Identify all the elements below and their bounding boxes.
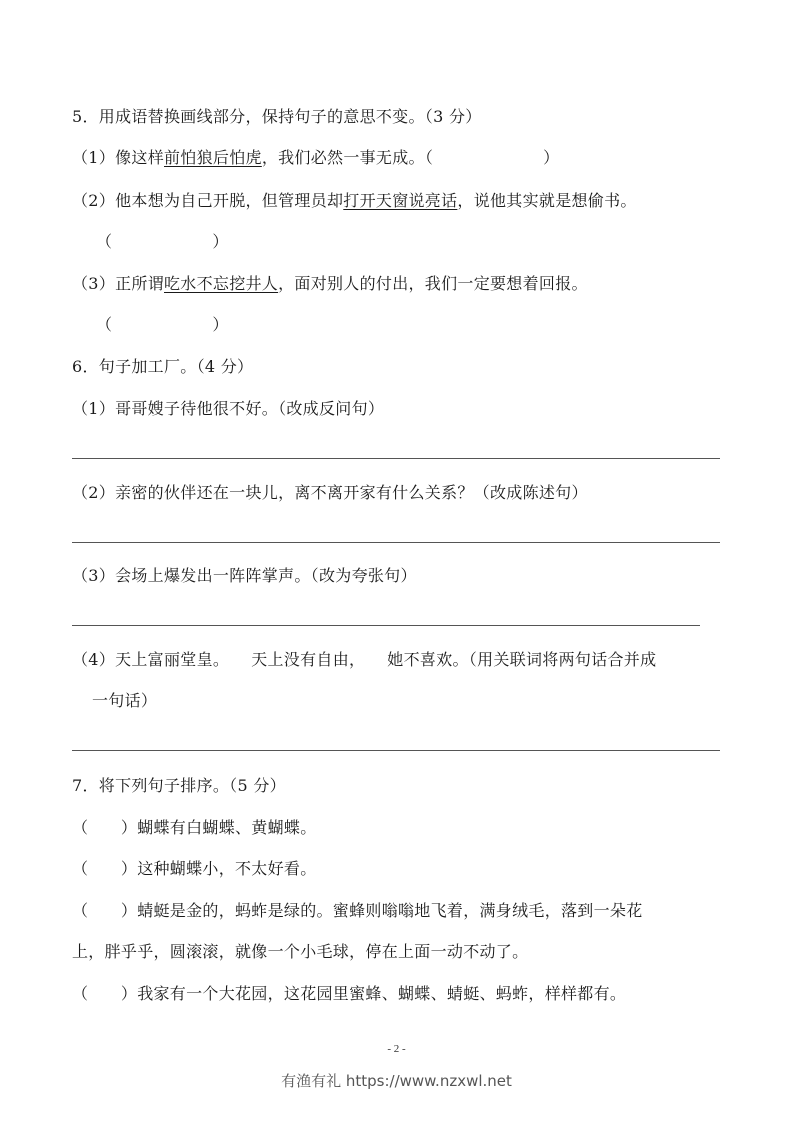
question-6-title: 6．句子加工厂。（4 分）	[72, 357, 253, 377]
item-text-before: 正所谓	[115, 274, 164, 293]
answer-line-1[interactable]	[72, 458, 720, 459]
item-number: （3）	[72, 274, 115, 293]
order-blank[interactable]: （ ）	[72, 859, 137, 878]
underlined-phrase: 打开天窗说亮话	[343, 191, 457, 210]
item-text-after: ，说他其实就是想偷书。	[457, 191, 636, 210]
question-6-item-3: （3）会场上爆发出一阵阵掌声。（改为夸张句）	[72, 566, 417, 586]
question-7-title: 7．将下列句子排序。（5 分）	[72, 776, 286, 796]
page-number: - 2 -	[0, 1043, 793, 1055]
question-5-item-1: （1）像这样前怕狼后怕虎，我们必然一事无成。（）	[72, 148, 559, 168]
sort-item-text: 这种蝴蝶小，不太好看。	[137, 859, 316, 878]
answer-line-3[interactable]	[72, 625, 700, 626]
sort-item-text: 我家有一个大花园，这花园里蜜蜂、蝴蝶、蜻蜓、蚂蚱，样样都有。	[137, 984, 626, 1003]
answer-line-2[interactable]	[72, 542, 720, 543]
answer-blank-open: （	[96, 232, 112, 251]
item-text-after: ，面对别人的付出，我们一定要想着回报。	[278, 274, 588, 293]
sort-item-text: 蝴蝶有白蝴蝶、黄蝴蝶。	[137, 818, 316, 837]
question-5-title: 5．用成语替换画线部分，保持句子的意思不变。（3 分）	[72, 107, 482, 127]
watermark: 有渔有礼 https://www.nzxwl.net	[0, 1070, 793, 1091]
item-number: （1）	[72, 148, 115, 167]
answer-blank-open: （	[425, 148, 433, 167]
question-5-item-3-answer: （）	[96, 315, 229, 335]
question-6-item-1: （1）哥哥嫂子待他很不好。（改成反问句）	[72, 399, 384, 419]
order-blank[interactable]: （ ）	[72, 901, 137, 920]
answer-blank-close: ）	[212, 315, 228, 334]
answer-blank-open: （	[96, 315, 112, 334]
sort-item-3-cont: 上，胖乎乎，圆滚滚，就像一个小毛球，停在上面一动不动了。	[72, 942, 528, 962]
sort-item-4: （ ）我家有一个大花园，这花园里蜜蜂、蝴蝶、蜻蜓、蚂蚱，样样都有。	[72, 984, 626, 1004]
question-5-item-2-answer: （）	[96, 232, 229, 252]
underlined-phrase: 前怕狼后怕虎	[164, 148, 262, 167]
item-text-after: ，我们必然一事无成。	[262, 148, 425, 167]
sort-item-text: 蜻蜓是金的，蚂蚱是绿的。蜜蜂则嗡嗡地飞着，满身绒毛，落到一朵花	[137, 901, 642, 920]
underlined-phrase: 吃水不忘挖井人	[164, 274, 278, 293]
question-6-item-4: （4）天上富丽堂皇。天上没有自由，她不喜欢。（用关联词将两句话合并成	[72, 650, 656, 670]
sort-item-2: （ ）这种蝴蝶小，不太好看。	[72, 859, 317, 879]
answer-blank-close: ）	[543, 148, 559, 167]
question-6-item-2: （2）亲密的伙伴还在一块儿，离不离开家有什么关系？（改成陈述句）	[72, 483, 588, 503]
order-blank[interactable]: （ ）	[72, 818, 137, 837]
item-text-part-1: （4）天上富丽堂皇。	[72, 650, 229, 669]
question-6-item-4-cont: 一句话）	[92, 691, 157, 711]
item-text-before: 像这样	[115, 148, 164, 167]
item-number: （2）	[72, 191, 115, 210]
sort-item-3: （ ）蜻蜓是金的，蚂蚱是绿的。蜜蜂则嗡嗡地飞着，满身绒毛，落到一朵花	[72, 901, 643, 921]
item-text-before: 他本想为自己开脱，但管理员却	[115, 191, 343, 210]
answer-blank-close: ）	[212, 232, 228, 251]
item-text-part-3: 她不喜欢。（用关联词将两句话合并成	[387, 650, 656, 669]
order-blank[interactable]: （ ）	[72, 984, 137, 1003]
item-text-part-2: 天上没有自由，	[251, 650, 365, 669]
sort-item-1: （ ）蝴蝶有白蝴蝶、黄蝴蝶。	[72, 818, 317, 838]
question-5-item-2: （2）他本想为自己开脱，但管理员却打开天窗说亮话，说他其实就是想偷书。	[72, 191, 637, 211]
answer-line-4[interactable]	[72, 750, 720, 751]
question-5-item-3: （3）正所谓吃水不忘挖井人，面对别人的付出，我们一定要想着回报。	[72, 274, 588, 294]
